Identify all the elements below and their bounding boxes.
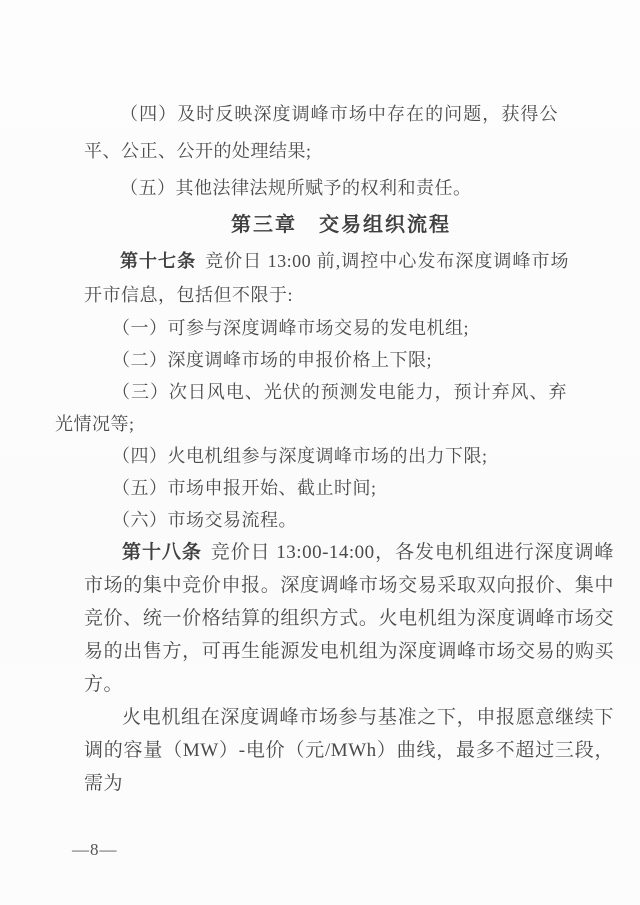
list-item: （六）市场交易流程。 <box>55 504 567 536</box>
article-17-paragraph: 第十七条竞价日 13:00 前,调控中心发布深度调峰市场开市信息，包括但不限于: <box>84 244 569 312</box>
document-page: （四）及时反映深度调峰市场中存在的问题，获得公平、公正、公开的处理结果; （五）… <box>0 0 640 905</box>
clause-paragraph: （四）及时反映深度调峰市场中存在的问题，获得公平、公正、公开的处理结果; <box>84 96 558 170</box>
chapter-heading: 第三章 交易组织流程 <box>84 207 558 244</box>
article-18-paragraph: 第十八条竞价日 13:00-14:00，各发电机组进行深度调峰市场的集中竞价申报… <box>84 536 614 701</box>
page-number: —8— <box>72 840 118 860</box>
clause-paragraph: （五）其他法律法规所赋予的权利和责任。 <box>84 170 558 207</box>
list-item: （二）深度调峰市场的申报价格上下限; <box>55 344 567 376</box>
article-17-label: 第十七条 <box>120 251 196 271</box>
list-item: （四）火电机组参与深度调峰市场的出力下限; <box>55 440 567 472</box>
article-18-text: 竞价日 13:00-14:00，各发电机组进行深度调峰市场的集中竞价申报。深度调… <box>84 542 614 695</box>
document-body: （四）及时反映深度调峰市场中存在的问题，获得公平、公正、公开的处理结果; （五）… <box>84 96 558 800</box>
article-17-items-list: （一）可参与深度调峰市场交易的发电机组; （二）深度调峰市场的申报价格上下限; … <box>84 312 558 536</box>
list-item: （五）市场申报开始、截止时间; <box>55 472 567 504</box>
list-item: （三）次日风电、光伏的预测发电能力，预计弃风、弃光情况等; <box>55 376 567 440</box>
preceding-clauses-block: （四）及时反映深度调峰市场中存在的问题，获得公平、公正、公开的处理结果; （五）… <box>84 96 558 207</box>
article-18-label: 第十八条 <box>122 542 202 563</box>
list-item: （一）可参与深度调峰市场交易的发电机组; <box>55 312 567 344</box>
article-18-paragraph-2: 火电机组在深度调峰市场参与基准之下，申报愿意继续下调的容量（MW）-电价（元/M… <box>84 701 614 800</box>
